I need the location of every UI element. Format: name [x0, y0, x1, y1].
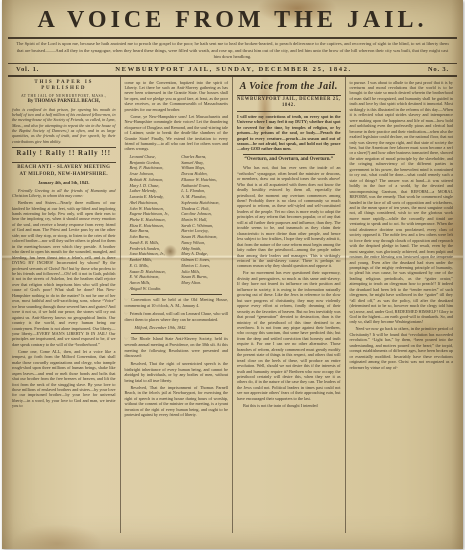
- article-paragraph: Brethren and Sisters—Nearly three millio…: [12, 200, 116, 347]
- editorial-dateline: NEWBURYPORT JAIL, DECEMBER 25, 1842.: [237, 97, 341, 112]
- section-rule: [131, 294, 223, 295]
- column-3: A Voice from the Jail. NEWBURYPORT JAIL,…: [232, 77, 345, 533]
- rally-heading: Rally ! Rally !! Rally !!!: [12, 147, 116, 163]
- pointing-hand-icon: ☞: [125, 311, 129, 316]
- volume-bar: Vol. 1. NEWBURYPORT JAIL, SUNDAY, DECEMB…: [8, 63, 457, 77]
- pointing-hand-icon: ☞: [125, 336, 129, 341]
- article-columns: THIS PAPER IS PUBLISHED AT THE JAIL OF N…: [8, 77, 457, 533]
- section-heading: “Overturn, and Overturn, and Overturn.”: [237, 157, 341, 163]
- section-rule: [243, 154, 335, 155]
- section-rule: [131, 333, 223, 334]
- place-dateline: Milford, December 19th, 1842.: [125, 325, 229, 330]
- masthead: A VOICE FROM THE JAIL. The Spirit of the…: [2, 0, 463, 77]
- masthead-title: A VOICE FROM THE JAIL.: [8, 7, 457, 39]
- publisher-location: AT THE JAIL OF NEWBURYPORT, MASS.,: [12, 94, 116, 99]
- newspaper-page: A VOICE FROM THE JAIL. The Spirit of the…: [2, 0, 463, 549]
- meeting-date: January 4th, and 5th, 1843.: [12, 180, 116, 186]
- rhode-island-report: ☞ The Rhode Island State Anti-Slavery So…: [125, 336, 229, 358]
- article-paragraph: Come one, Come ALL, then, and let a voic…: [12, 349, 116, 409]
- resolution-paragraph: Resolved, That the right of unrestricted…: [125, 361, 229, 383]
- scripture-epigraph: The Spirit of the Lord is upon me, becau…: [16, 41, 449, 61]
- volume-label: Vol. 1.: [16, 66, 39, 73]
- editorial-headline: A Voice from the Jail.: [237, 80, 341, 96]
- article-paragraph: come up to the Convention, baptized into…: [125, 80, 229, 113]
- signer-name: Mary Alton.: [181, 280, 228, 286]
- article-paragraph: But this is not the train of thought I i…: [237, 403, 341, 408]
- column-1: THIS PAPER IS PUBLISHED AT THE JAIL OF N…: [8, 77, 120, 533]
- convention-notice: ☞ Convention will be held at the Old Mee…: [125, 297, 229, 308]
- issue-dateline: NEWBURYPORT JAIL, SUNDAY, DECEMBER 25, 1…: [115, 66, 352, 73]
- publisher-line: THIS PAPER IS PUBLISHED: [12, 80, 116, 93]
- convention-notice-text: Convention will be held at the Old Meeti…: [125, 297, 229, 308]
- friends-notice-text: Friends from abroad, will call on Leonar…: [125, 311, 229, 322]
- issue-number: No. 3.: [428, 66, 449, 73]
- meeting-heading-line2: AT MILFORD, NEW-HAMPSHIRE.: [12, 172, 116, 178]
- rhode-island-report-text: The Rhode Island State Anti-Slavery Soci…: [125, 336, 229, 358]
- scan-background: A VOICE FROM THE JAIL. The Spirit of the…: [0, 0, 465, 550]
- friends-notice: ☞ Friends from abroad, will call on Leon…: [125, 311, 229, 322]
- signer-name: Abigail W. Goodin.: [130, 286, 177, 292]
- signer-list-left: Leonard Chase,Benjamin Gordon,Benj. F. H…: [125, 154, 177, 292]
- editorial-motto: I will utter my convictions of truth, on…: [237, 114, 341, 152]
- article-paragraph: For no movement has ever questioned thei…: [237, 270, 341, 401]
- article-paragraph: Come, ye New-Hampshire sons! Let Massach…: [125, 114, 229, 152]
- resolution-paragraph: Resolved, That the imprisonment of Thoma…: [125, 385, 229, 418]
- column-2: come up to the Convention, baptized into…: [120, 77, 233, 533]
- column-4: to pursue. I was about to allude to the …: [345, 77, 458, 533]
- greeting-line: Friendly Greeting to all the friends of …: [12, 188, 116, 199]
- signer-list: Leonard Chase,Benjamin Gordon,Benj. F. H…: [125, 154, 229, 292]
- pointing-hand-icon: ☞: [125, 297, 129, 302]
- article-paragraph: Need we now go back to others, in the pr…: [350, 326, 454, 370]
- signer-list-right: Charles Burns,Samuel Abay,William Mays,D…: [176, 154, 228, 292]
- article-paragraph: to pursue. I was about to allude to the …: [350, 80, 454, 325]
- meeting-heading-line1: BEACH ANTI - SLAVERY MEETING: [12, 165, 116, 171]
- publisher-byline: By THOMAS PARNELL BEACH,: [12, 99, 116, 105]
- article-paragraph: Who has not, that has ever seen the insi…: [237, 165, 341, 269]
- publisher-note: (who is confined in that prison, for ope…: [12, 107, 116, 144]
